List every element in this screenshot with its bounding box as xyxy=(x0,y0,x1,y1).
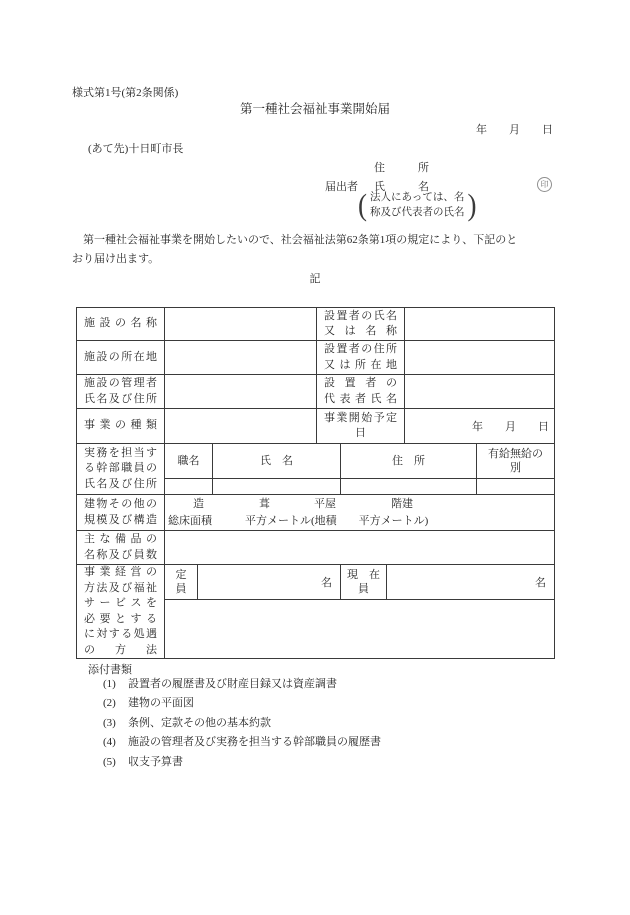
staff-header-position: 職名 xyxy=(165,444,213,478)
corporate-note-lines: 法人にあっては、名 称及び代表者の氏名 xyxy=(370,190,465,220)
management-field[interactable] xyxy=(165,600,554,658)
submitter-address-label: 住 所 xyxy=(374,159,429,175)
attachment-item: (5) 収支予算書 xyxy=(103,756,381,769)
table-row-manager: 施設の管理者 氏名及び住所 設置者の 代表者氏名 xyxy=(77,375,554,409)
corporate-note-line2: 称及び代表者の氏名 xyxy=(370,205,465,220)
label-line: 設置者の氏名 xyxy=(324,309,397,325)
table-row-business-type: 事業の種類 事業開始予定 日 年 月 日 xyxy=(77,409,554,444)
table-row-management: 事業経営の 方法及び福祉 サービスを 必要とする に対する処遇 の方法 定 員 … xyxy=(77,565,554,658)
current-count-unit: 名 xyxy=(535,574,546,590)
label-line: に対する処遇 xyxy=(84,627,157,643)
founder-name-field[interactable] xyxy=(405,308,554,340)
header-text: 有給無給の xyxy=(488,447,543,461)
equipment-field[interactable] xyxy=(165,531,554,564)
attachment-text: 施設の管理者及び実務を担当する幹部職員の履歴書 xyxy=(128,736,381,749)
label-line: 規模及び構造 xyxy=(84,513,157,529)
founder-address-label: 設置者の住所 又は所在地 xyxy=(317,341,405,374)
attachments-list: (1) 設置者の履歴書及び財産目録又は資産調書 (2) 建物の平面図 (3) 条… xyxy=(103,678,381,775)
table-row-staff: 実務を担当す る幹部職員の 氏名及び住所 職名 氏 名 住 所 有給無給の 別 xyxy=(77,444,554,495)
building-field[interactable]: 造 葺 平屋 階建 総床面積 平方メートル(地積 平方メートル) xyxy=(165,495,554,530)
label-line: 又は所在地 xyxy=(324,358,397,374)
capacity-unit: 名 xyxy=(321,574,332,590)
start-date-field[interactable]: 年 月 日 xyxy=(405,409,554,443)
attachment-text: 設置者の履歴書及び財産目録又は資産調書 xyxy=(128,678,337,691)
label-line: 氏名及び住所 xyxy=(84,392,157,408)
header-text: 別 xyxy=(510,461,521,475)
staff-position-field[interactable] xyxy=(165,479,213,494)
staff-header-row: 職名 氏 名 住 所 有給無給の 別 xyxy=(165,444,554,479)
management-label: 事業経営の 方法及び福祉 サービスを 必要とする に対する処遇 の方法 xyxy=(77,565,165,658)
capacity-field[interactable]: 名 xyxy=(198,565,341,599)
addressee: (あて先)十日町市長 xyxy=(88,140,183,156)
current-count-field[interactable]: 名 xyxy=(387,565,554,599)
attachment-item: (4) 施設の管理者及び実務を担当する幹部職員の履歴書 xyxy=(103,736,381,749)
attachment-number: (5) xyxy=(103,756,128,769)
business-type-label: 事業の種類 xyxy=(77,409,165,443)
label-line: 又は名称 xyxy=(324,324,397,340)
header-text: 氏 名 xyxy=(260,454,293,468)
building-label: 建物その他の 規模及び構造 xyxy=(77,495,165,530)
representative-label: 設置者の 代表者氏名 xyxy=(317,375,405,408)
label-line: サービスを xyxy=(84,596,157,612)
date-line: 年 月 日 xyxy=(476,121,553,137)
corporate-note-line1: 法人にあっては、名 xyxy=(370,190,465,205)
body-line1: 第一種社会福祉事業を開始したいので、社会福祉法第62条第1項の規定により、下記の… xyxy=(72,231,567,250)
staff-header-name: 氏 名 xyxy=(213,444,341,478)
label-line: 日 xyxy=(324,426,397,442)
building-area-line: 総床面積 平方メートル(地積 平方メートル) xyxy=(165,513,554,530)
facility-name-label: 施設の名称 xyxy=(77,308,165,340)
attachment-text: 建物の平面図 xyxy=(128,697,194,710)
facility-address-field[interactable] xyxy=(165,341,317,374)
seal-mark-icon: 印 xyxy=(537,177,552,192)
label-line: る幹部職員の xyxy=(84,461,157,477)
equipment-label: 主な備品の 名称及び員数 xyxy=(77,531,165,564)
attachment-item: (3) 条例、定款その他の基本約款 xyxy=(103,717,381,730)
attachment-text: 収支予算書 xyxy=(128,756,183,769)
table-row-facility-address: 施設の所在地 設置者の住所 又は所在地 xyxy=(77,341,554,375)
facility-address-label: 施設の所在地 xyxy=(77,341,165,374)
label-line: 実務を担当す xyxy=(84,446,157,462)
label-line: 事業の種類 xyxy=(84,418,157,434)
staff-header-address: 住 所 xyxy=(341,444,477,478)
submitter-prefix-label: 届出者 xyxy=(325,178,358,194)
label-line: 方法及び福祉 xyxy=(84,581,157,597)
label-line: 現 在 xyxy=(347,568,380,582)
label-line: 代表者氏名 xyxy=(324,392,397,408)
attachment-number: (1) xyxy=(103,678,128,691)
attachment-item: (1) 設置者の履歴書及び財産目録又は資産調書 xyxy=(103,678,381,691)
corporate-note: ( 法人にあっては、名 称及び代表者の氏名 ) xyxy=(358,190,477,220)
label-line: 氏名及び住所 xyxy=(84,477,157,493)
start-date-label: 事業開始予定 日 xyxy=(317,409,405,443)
label-line: 主な備品の xyxy=(84,532,157,548)
label-line: 員 xyxy=(176,582,187,596)
founder-address-field[interactable] xyxy=(405,341,554,374)
staff-header-paid: 有給無給の 別 xyxy=(477,444,554,478)
management-subtable: 定 員 名 現 在 員 名 xyxy=(165,565,554,658)
label-line: 定 xyxy=(176,568,187,582)
capacity-label: 定 員 xyxy=(165,565,198,599)
staff-address-field[interactable] xyxy=(341,479,477,494)
label-line: 事業開始予定 xyxy=(324,411,397,427)
start-date-placeholder: 年 月 日 xyxy=(405,418,554,434)
founder-name-label: 設置者の氏名 又は名称 xyxy=(317,308,405,340)
label-line: の方法 xyxy=(84,643,157,659)
management-detail-row xyxy=(165,600,554,658)
body-line2: おり届け出ます。 xyxy=(72,250,567,269)
document-title: 第一種社会福祉事業開始届 xyxy=(0,99,630,117)
staff-label: 実務を担当す る幹部職員の 氏名及び住所 xyxy=(77,444,165,494)
label-line: 必要とする xyxy=(84,612,157,628)
staff-name-field[interactable] xyxy=(213,479,341,494)
label-line: 設置者の xyxy=(324,376,397,392)
attachment-number: (4) xyxy=(103,736,128,749)
building-structure-line: 造 葺 平屋 階建 xyxy=(165,496,554,513)
attachments-heading: 添付書類 xyxy=(88,661,132,677)
staff-paid-field[interactable] xyxy=(477,479,554,494)
label-line: 名称及び員数 xyxy=(84,548,157,564)
label-line: 建物その他の xyxy=(84,497,157,513)
label-line: 事業経営の xyxy=(84,565,157,581)
body-paragraph: 第一種社会福祉事業を開始したいので、社会福祉法第62条第1項の規定により、下記の… xyxy=(72,231,567,270)
label-line: 施設の所在地 xyxy=(84,350,157,366)
label-line: 設置者の住所 xyxy=(324,342,397,358)
facility-name-field[interactable] xyxy=(165,308,317,340)
table-row-equipment: 主な備品の 名称及び員数 xyxy=(77,531,554,565)
capacity-row: 定 員 名 現 在 員 名 xyxy=(165,565,554,600)
form-number: 様式第1号(第2条関係) xyxy=(72,84,178,100)
attachment-item: (2) 建物の平面図 xyxy=(103,697,381,710)
current-count-label: 現 在 員 xyxy=(341,565,387,599)
header-text: 職名 xyxy=(178,454,200,468)
paren-close-icon: ) xyxy=(468,190,477,220)
form-table: 施設の名称 設置者の氏名 又は名称 施設の所在地 設置者の住所 又は所在地 xyxy=(76,307,555,659)
seal-char: 印 xyxy=(541,181,549,189)
label-line: 員 xyxy=(358,582,369,596)
table-row-building: 建物その他の 規模及び構造 造 葺 平屋 階建 総床面積 平方メートル(地積 平… xyxy=(77,495,554,531)
document-page: 様式第1号(第2条関係) 第一種社会福祉事業開始届 年 月 日 (あて先)十日町… xyxy=(0,0,630,915)
label-line: 施設の管理者 xyxy=(84,376,157,392)
representative-field[interactable] xyxy=(405,375,554,408)
paren-open-icon: ( xyxy=(358,190,367,220)
record-mark: 記 xyxy=(72,270,558,286)
manager-label: 施設の管理者 氏名及び住所 xyxy=(77,375,165,408)
attachment-number: (3) xyxy=(103,717,128,730)
table-row-facility-name: 施設の名称 設置者の氏名 又は名称 xyxy=(77,308,554,341)
manager-field[interactable] xyxy=(165,375,317,408)
business-type-field[interactable] xyxy=(165,409,317,443)
attachment-text: 条例、定款その他の基本約款 xyxy=(128,717,271,730)
staff-subtable: 職名 氏 名 住 所 有給無給の 別 xyxy=(165,444,554,494)
label-line: 施設の名称 xyxy=(84,316,157,332)
attachment-number: (2) xyxy=(103,697,128,710)
staff-entry-row xyxy=(165,479,554,494)
header-text: 住 所 xyxy=(392,454,425,468)
